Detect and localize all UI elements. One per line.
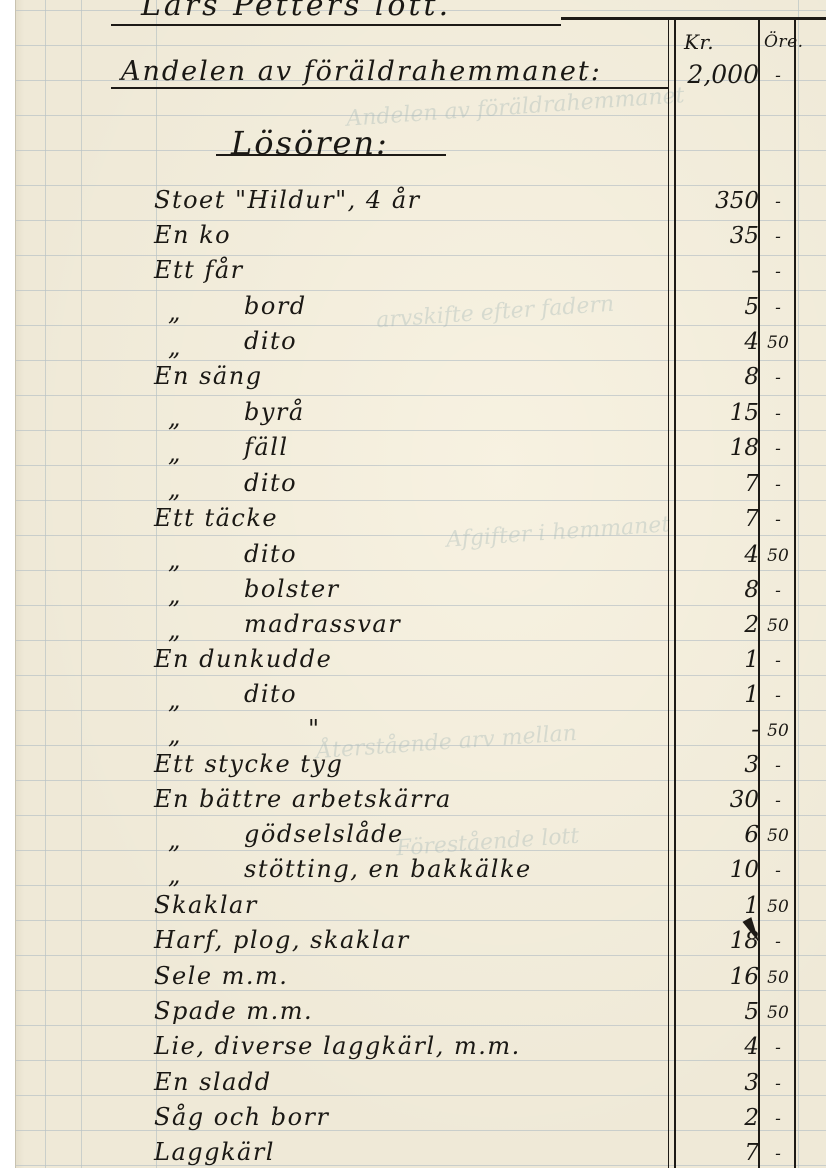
ruling-horizontal (16, 220, 826, 221)
item-description: Ett stycke tyg (154, 750, 343, 778)
item-ore-value: - (761, 791, 795, 811)
item-ore-value: 50 (761, 826, 795, 846)
document-title: Lars Petters lott. (141, 0, 451, 23)
item-kr-value: 8 (674, 364, 759, 390)
item-description: En bättre arbetskärra (154, 785, 452, 813)
ruling-horizontal (16, 1025, 826, 1026)
item-ore-value: - (761, 298, 795, 318)
column-header-kr: Kr. (684, 30, 714, 54)
item-description: fäll (244, 433, 289, 461)
column-line-kr-left-inner (668, 17, 669, 1168)
item-kr-value: 18 (674, 435, 759, 461)
item-description: stötting, en bakkälke (244, 855, 532, 883)
ruling-horizontal (16, 605, 826, 606)
ledger-page: Andelen av föräldrahemmanet arvskifte ef… (15, 0, 826, 1168)
header-rule (561, 17, 826, 20)
item-ore-value: - (761, 368, 795, 388)
ditto-mark: „ (168, 298, 182, 326)
ruling-horizontal (16, 885, 826, 886)
item-description: Harf, plog, skaklar (154, 926, 410, 954)
ruling-horizontal (16, 990, 826, 991)
item-description: Lie, diverse laggkärl, m.m. (154, 1032, 521, 1060)
ruling-horizontal (16, 430, 826, 431)
ditto-mark: „ (168, 475, 182, 503)
item-description: Skaklar (154, 891, 258, 919)
ruling-horizontal (16, 185, 826, 186)
ditto-mark: „ (168, 581, 182, 609)
item-kr-value: 2 (674, 1105, 759, 1131)
item-ore-value: - (761, 1038, 795, 1058)
item-description: Stoet "Hildur", 4 år (154, 186, 421, 214)
item-ore-value: - (761, 1109, 795, 1129)
ruling-horizontal (16, 150, 826, 151)
ruling-horizontal (16, 815, 826, 816)
item-ore-value: 50 (761, 546, 795, 566)
ruling-horizontal (16, 395, 826, 396)
item-description: dito (244, 540, 297, 568)
item-ore-value: - (761, 756, 795, 776)
bleed-through: Andelen av föräldrahemmanet (346, 83, 686, 132)
ruling-vertical (798, 0, 799, 1168)
ruling-horizontal (16, 255, 826, 256)
item-kr-value: 350 (674, 188, 759, 214)
inheritance-underline (111, 87, 668, 89)
ruling-horizontal (16, 500, 826, 501)
item-ore-value: - (761, 475, 795, 495)
item-kr-value: 30 (674, 787, 759, 813)
item-ore-value: 50 (761, 1003, 795, 1023)
item-kr-value: 1 (674, 682, 759, 708)
item-kr-value: 35 (674, 223, 759, 249)
ruling-horizontal (16, 360, 826, 361)
item-description: Sele m.m. (154, 962, 288, 990)
item-kr-value: 8 (674, 577, 759, 603)
item-description: bord (244, 292, 307, 320)
item-kr-value: 5 (674, 999, 759, 1025)
ruling-vertical (156, 0, 157, 1168)
ditto-mark: „ (168, 616, 182, 644)
item-ore-value: - (761, 686, 795, 706)
item-ore-value: - (761, 439, 795, 459)
item-ore-value: 50 (761, 897, 795, 917)
ditto-mark: „ (168, 721, 182, 749)
item-description: byrå (244, 398, 305, 426)
item-description: bolster (244, 575, 340, 603)
item-kr-value: 18 (674, 928, 759, 954)
item-kr-value: 16 (674, 964, 759, 990)
bleed-through: arvskifte efter fadern (375, 292, 614, 334)
item-kr-value: 7 (674, 1140, 759, 1166)
item-description: madrassvar (244, 610, 401, 638)
item-ore-value: - (761, 262, 795, 282)
item-kr-value: 1 (674, 893, 759, 919)
item-description: Spade m.m. (154, 997, 313, 1025)
item-kr-value: 10 (674, 857, 759, 883)
item-ore-value: 50 (761, 968, 795, 988)
item-ore-value: - (761, 581, 795, 601)
item-ore-value: - (761, 932, 795, 952)
ditto-mark: „ (168, 546, 182, 574)
item-description: Ett får (154, 256, 244, 284)
ruling-horizontal (16, 640, 826, 641)
ruling-horizontal (16, 570, 826, 571)
ruling-horizontal (16, 920, 826, 921)
item-kr-value: 1 (674, 647, 759, 673)
ruling-horizontal (16, 710, 826, 711)
ruling-vertical (45, 0, 46, 1168)
inheritance-ore: - (761, 66, 795, 86)
ruling-vertical (81, 0, 82, 1168)
item-description: dito (244, 680, 297, 708)
item-kr-value: 3 (674, 752, 759, 778)
ruling-horizontal (16, 465, 826, 466)
item-description: dito (244, 469, 297, 497)
ditto-mark: „ (168, 861, 182, 889)
bleed-through: Återstående arv mellan (315, 721, 577, 764)
item-kr-value: - (674, 717, 759, 743)
ditto-mark: „ (168, 686, 182, 714)
item-ore-value: - (761, 404, 795, 424)
item-kr-value: 7 (674, 471, 759, 497)
section-heading-underline (216, 154, 446, 156)
item-description: En dunkudde (154, 645, 332, 673)
bleed-through: Afgifter i hemmanet (445, 512, 671, 553)
item-ore-value: 50 (761, 333, 795, 353)
item-description: gödselslåde (244, 820, 404, 848)
item-description: Såg och borr (154, 1103, 329, 1131)
item-ore-value: - (761, 227, 795, 247)
ruling-horizontal (16, 535, 826, 536)
column-header-ore: Öre. (764, 32, 804, 52)
item-ore-value: 50 (761, 616, 795, 636)
ditto-mark: „ (168, 439, 182, 467)
item-kr-value: 4 (674, 1034, 759, 1060)
item-description: Laggkärl (154, 1138, 275, 1166)
item-description: En ko (154, 221, 231, 249)
item-kr-value: 4 (674, 329, 759, 355)
ruling-horizontal (16, 1060, 826, 1061)
ditto-mark: „ (168, 404, 182, 432)
section-heading: Lösören: (231, 124, 389, 162)
item-ore-value: - (761, 861, 795, 881)
item-kr-value: - (674, 258, 759, 284)
item-ore-value: 50 (761, 721, 795, 741)
item-kr-value: 7 (674, 506, 759, 532)
item-description: En sladd (154, 1068, 272, 1096)
ditto-mark: „ (168, 333, 182, 361)
item-kr-value: 15 (674, 400, 759, 426)
item-kr-value: 2 (674, 612, 759, 638)
item-ore-value: - (761, 192, 795, 212)
item-kr-value: 6 (674, 822, 759, 848)
item-description: En säng (154, 362, 263, 390)
item-ore-value: - (761, 1144, 795, 1164)
item-kr-value: 5 (674, 294, 759, 320)
item-description: " (308, 715, 321, 743)
item-ore-value: - (761, 510, 795, 530)
item-kr-value: 3 (674, 1070, 759, 1096)
inheritance-kr: 2,000 (674, 60, 759, 89)
item-ore-value: - (761, 1074, 795, 1094)
ruling-horizontal (16, 780, 826, 781)
item-description: Ett täcke (154, 504, 278, 532)
ruling-horizontal (16, 290, 826, 291)
title-underline (111, 24, 561, 26)
inheritance-label: Andelen av föräldrahemmanet: (121, 56, 602, 87)
ruling-horizontal (16, 955, 826, 956)
item-ore-value: - (761, 651, 795, 671)
ruling-horizontal (16, 675, 826, 676)
item-description: dito (244, 327, 297, 355)
item-kr-value: 4 (674, 542, 759, 568)
ditto-mark: „ (168, 826, 182, 854)
